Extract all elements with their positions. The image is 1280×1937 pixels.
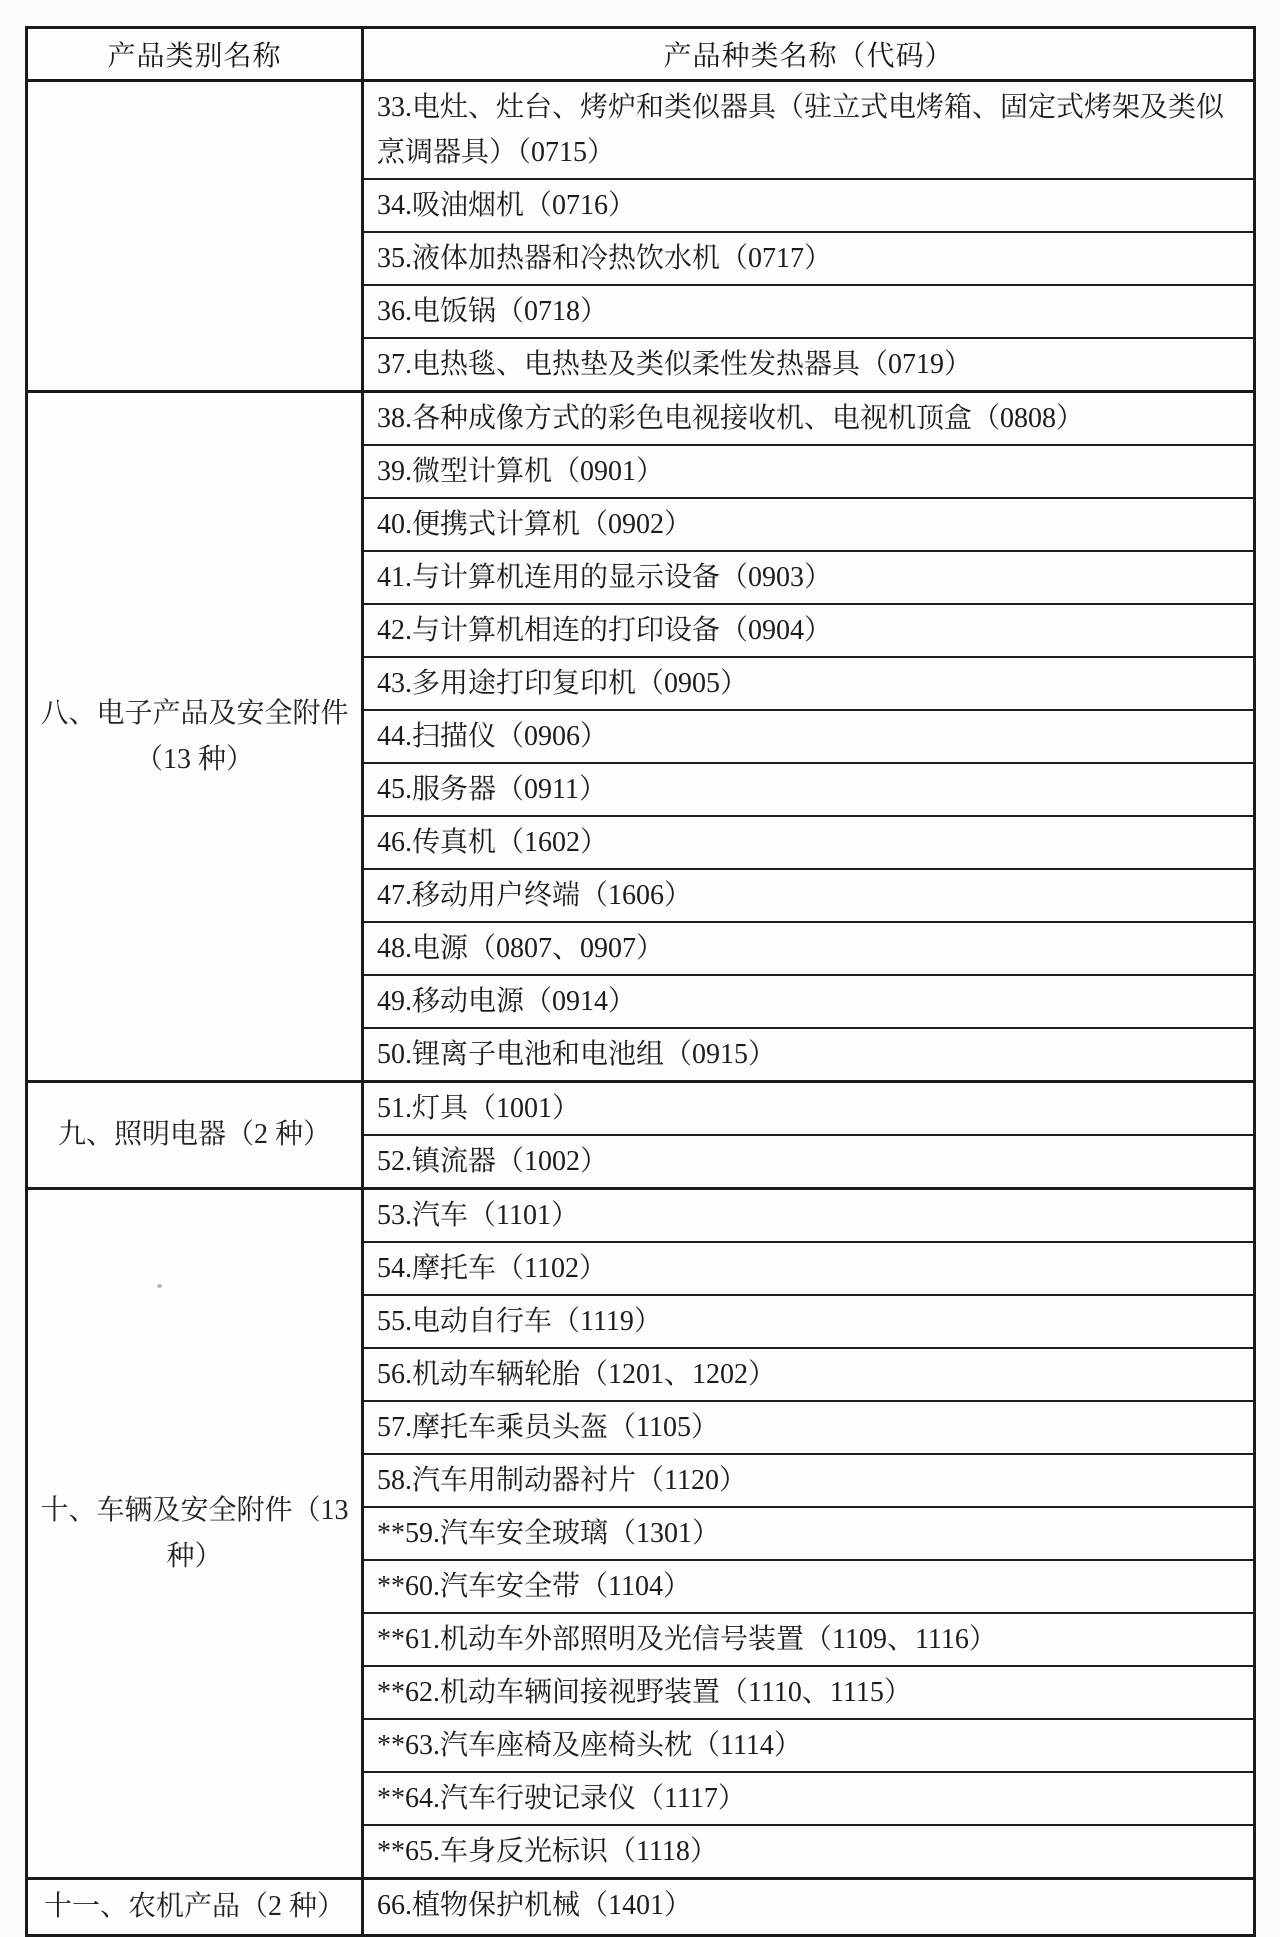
item-row: 43.多用途打印复印机（0905） (364, 656, 1253, 709)
item-row: 56.机动车辆轮胎（1201、1202） (364, 1347, 1253, 1400)
document-page: 产品类别名称 产品种类名称（代码） 33.电灶、灶台、烤炉和类似器具（驻立式电烤… (0, 0, 1280, 1880)
items-cell: 38.各种成像方式的彩色电视接收机、电视机顶盒（0808）39.微型计算机（09… (361, 393, 1253, 1080)
table-section: 八、电子产品及安全附件 （13 种）38.各种成像方式的彩色电视接收机、电视机顶… (28, 390, 1253, 1080)
items-cell: 53.汽车（1101）54.摩托车（1102）55.电动自行车（1119）56.… (361, 1190, 1253, 1877)
item-row: **61.机动车外部照明及光信号装置（1109、1116） (364, 1612, 1253, 1665)
items-cell: 33.电灶、灶台、烤炉和类似器具（驻立式电烤箱、固定式烤架及类似 烹调器具）（0… (361, 82, 1253, 390)
table-header-row: 产品类别名称 产品种类名称（代码） (28, 29, 1253, 82)
header-category-cell: 产品类别名称 (28, 29, 361, 79)
table-section: 九、照明电器（2 种）51.灯具（1001）52.镇流器（1002） (28, 1080, 1253, 1187)
item-row: 39.微型计算机（0901） (364, 444, 1253, 497)
item-row: **63.汽车座椅及座椅头枕（1114） (364, 1718, 1253, 1771)
item-row: 37.电热毯、电热垫及类似柔性发热器具（0719） (364, 337, 1253, 390)
item-row: 41.与计算机连用的显示设备（0903） (364, 550, 1253, 603)
items-cell: 51.灯具（1001）52.镇流器（1002） (361, 1083, 1253, 1187)
item-row: 38.各种成像方式的彩色电视接收机、电视机顶盒（0808） (364, 393, 1253, 444)
category-cell (28, 82, 361, 390)
item-row: 54.摩托车（1102） (364, 1241, 1253, 1294)
table-section: 33.电灶、灶台、烤炉和类似器具（驻立式电烤箱、固定式烤架及类似 烹调器具）（0… (28, 82, 1253, 390)
item-row: 46.传真机（1602） (364, 815, 1253, 868)
scan-speckle (166, 1515, 172, 1520)
item-row: 42.与计算机相连的打印设备（0904） (364, 603, 1253, 656)
item-row: 34.吸油烟机（0716） (364, 178, 1253, 231)
item-row: **59.汽车安全玻璃（1301） (364, 1506, 1253, 1559)
item-row: 44.扫描仪（0906） (364, 709, 1253, 762)
item-row: 57.摩托车乘员头盔（1105） (364, 1400, 1253, 1453)
item-row: 47.移动用户终端（1606） (364, 868, 1253, 921)
item-row: 49.移动电源（0914） (364, 974, 1253, 1027)
item-row: 40.便携式计算机（0902） (364, 497, 1253, 550)
item-row: **60.汽车安全带（1104） (364, 1559, 1253, 1612)
item-row: 48.电源（0807、0907） (364, 921, 1253, 974)
category-cell: 八、电子产品及安全附件 （13 种） (28, 393, 361, 1080)
item-row: 36.电饭锅（0718） (364, 284, 1253, 337)
item-row: 45.服务器（0911） (364, 762, 1253, 815)
category-cell: 十、车辆及安全附件（13 种） (28, 1190, 361, 1877)
item-row: 52.镇流器（1002） (364, 1134, 1253, 1187)
header-types-cell: 产品种类名称（代码） (361, 29, 1253, 79)
table-section: 十、车辆及安全附件（13 种）53.汽车（1101）54.摩托车（1102）55… (28, 1187, 1253, 1877)
item-row: 55.电动自行车（1119） (364, 1294, 1253, 1347)
product-table: 产品类别名称 产品种类名称（代码） 33.电灶、灶台、烤炉和类似器具（驻立式电烤… (25, 26, 1256, 1880)
item-row: 33.电灶、灶台、烤炉和类似器具（驻立式电烤箱、固定式烤架及类似 烹调器具）（0… (364, 82, 1253, 178)
item-row: **64.汽车行驶记录仪（1117） (364, 1771, 1253, 1824)
scan-speckle (157, 1284, 162, 1288)
item-row: 50.锂离子电池和电池组（0915） (364, 1027, 1253, 1080)
table-body: 33.电灶、灶台、烤炉和类似器具（驻立式电烤箱、固定式烤架及类似 烹调器具）（0… (28, 82, 1253, 1880)
category-cell: 九、照明电器（2 种） (28, 1083, 361, 1187)
item-row: **62.机动车辆间接视野装置（1110、1115） (364, 1665, 1253, 1718)
item-row: 53.汽车（1101） (364, 1190, 1253, 1241)
item-row: 58.汽车用制动器衬片（1120） (364, 1453, 1253, 1506)
item-row: 51.灯具（1001） (364, 1083, 1253, 1134)
item-row: **65.车身反光标识（1118） (364, 1824, 1253, 1877)
item-row: 35.液体加热器和冷热饮水机（0717） (364, 231, 1253, 284)
